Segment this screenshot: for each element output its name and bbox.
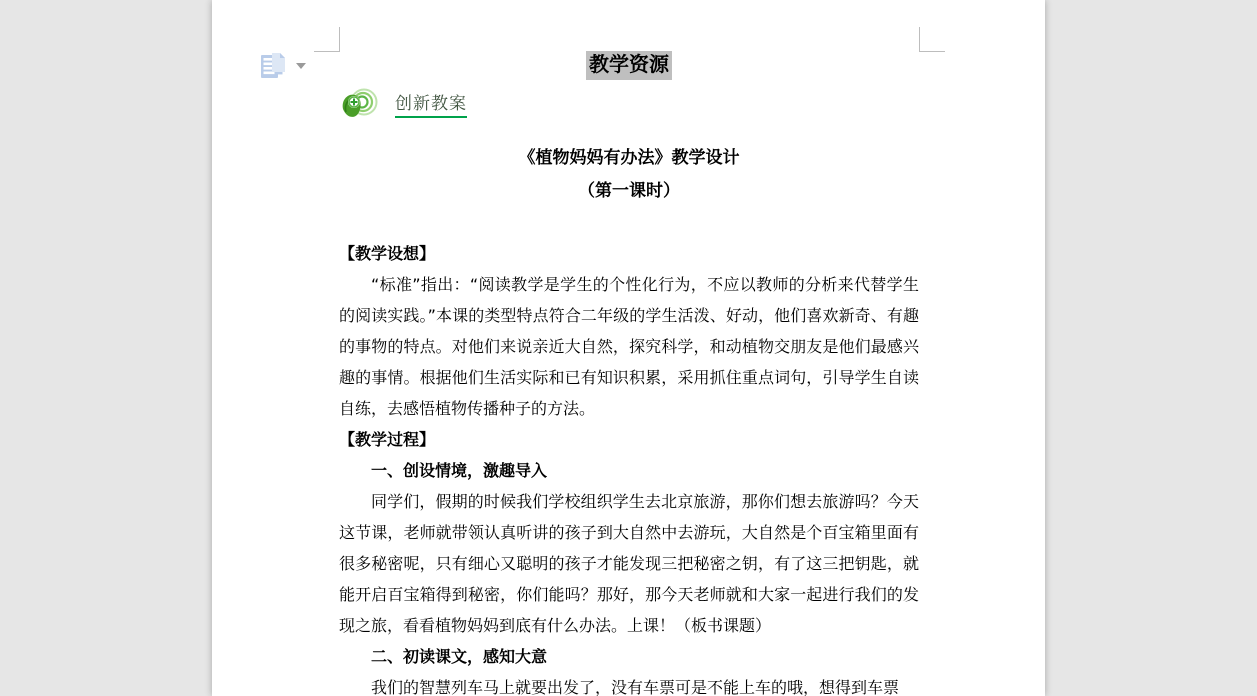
brand-row: 创新教案 (340, 85, 467, 122)
lesson-title-block: 《植物妈妈有办法》教学设计 （第一课时） (339, 142, 919, 208)
body-paragraph: 同学们，假期的时候我们学校组织学生去北京旅游，那你们想去旅游吗？今天这节课，老师… (339, 486, 919, 641)
section-heading: 【教学过程】 (339, 424, 919, 455)
chevron-down-icon[interactable] (296, 63, 306, 69)
snail-leaf-logo-icon (340, 85, 378, 122)
section-heading: 一、创设情境，激趣导入 (339, 455, 919, 486)
section-heading: 【教学设想】 (339, 238, 919, 269)
paste-options-icon (260, 52, 286, 80)
document-page: 教学资源 创新教案 《植物妈妈有办法》教学设计 （第一课时） 【教学设想】“标准… (212, 0, 1045, 696)
brand-link[interactable]: 创新教案 (395, 89, 467, 118)
text-boundary-mark-left (314, 27, 340, 52)
paste-options-button[interactable] (260, 50, 316, 82)
lesson-title: 《植物妈妈有办法》教学设计 (339, 142, 919, 175)
text-boundary-mark-right (919, 27, 945, 52)
running-head-text: 教学资源 (586, 51, 672, 80)
lesson-subtitle: （第一课时） (339, 175, 919, 208)
body-paragraph: 我们的智慧列车马上就要出发了，没有车票可是不能上车的哦，想得到车票 (339, 672, 919, 696)
document-body: 【教学设想】“标准”指出：“阅读教学是学生的个性化行为，不应以教师的分析来代替学… (339, 238, 919, 696)
running-head: 教学资源 (339, 51, 919, 80)
section-heading: 二、初读课文，感知大意 (339, 641, 919, 672)
body-paragraph: “标准”指出：“阅读教学是学生的个性化行为，不应以教师的分析来代替学生的阅读实践… (339, 269, 919, 424)
